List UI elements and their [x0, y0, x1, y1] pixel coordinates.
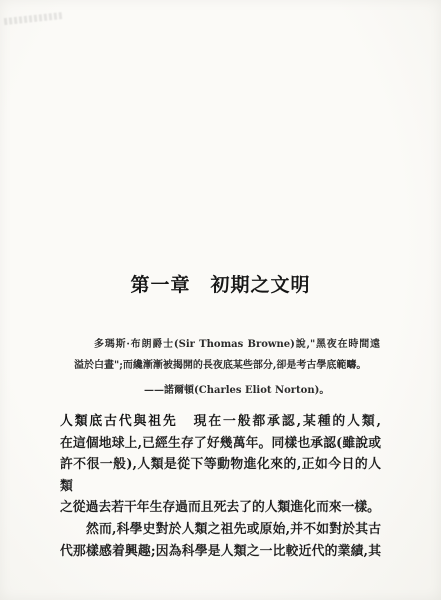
- epigraph: 多瑪斯·布朗爵士(Sir Thomas Browne)說,"黑夜在時間遠 溢於白…: [74, 334, 380, 401]
- body-line-6: 代那樣感着興趣;因為科學是人類之一比較近代的業績,其: [60, 541, 381, 563]
- epigraph-line-1: 多瑪斯·布朗爵士(Sir Thomas Browne)說,"黑夜在時間遠: [74, 334, 380, 355]
- section-heading: 人類底古代與祖先: [60, 414, 178, 429]
- body-line-1-text: 現在一般都承認,某種的人類,: [192, 414, 381, 429]
- epigraph-attribution: ——諾爾頓(Charles Eliot Norton)。: [74, 380, 380, 401]
- epigraph-line-2: 溢於白晝";而纔漸漸被揭開的長夜底某些部分,卻是考古學底範疇。: [74, 355, 380, 376]
- body-line-3: 許不很一般),人類是從下等動物進化來的,正如今日的人類: [60, 454, 381, 497]
- faint-corner-watermark: [4, 12, 64, 25]
- body-line-1: 人類底古代與祖先現在一般都承認,某種的人類,: [60, 411, 381, 433]
- body-line-2: 在這個地球上,已經生存了好幾萬年。同樣也承認(雖說或: [60, 433, 381, 455]
- body-line-5: 然而,科學史對於人類之祖先或原始,并不如對於其古: [60, 519, 381, 541]
- body-text: 人類底古代與祖先現在一般都承認,某種的人類, 在這個地球上,已經生存了好幾萬年。…: [60, 411, 381, 562]
- book-page: 第一章 初期之文明 多瑪斯·布朗爵士(Sir Thomas Browne)說,"…: [0, 0, 441, 600]
- body-line-4: 之從過去若干年生存過而且死去了的人類進化而來一樣。: [60, 497, 381, 519]
- chapter-title: 第一章 初期之文明: [0, 272, 441, 298]
